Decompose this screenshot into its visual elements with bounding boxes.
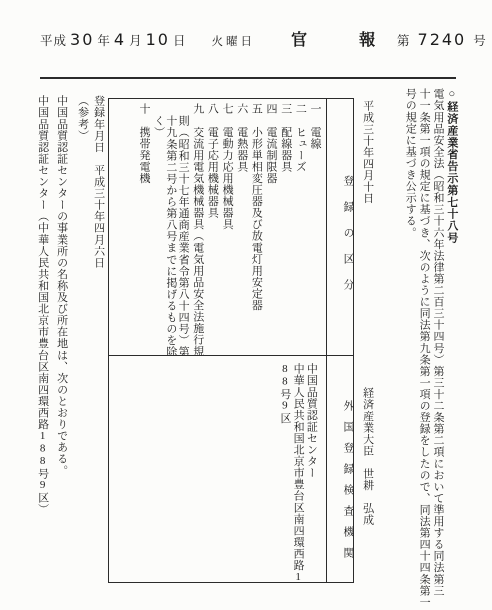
registration-table: 一 電線 二 ヒューズ 三 配線器具 四 電流制限器 五 小形単相変圧器及び放電… [108,98,354,583]
inspector-header-cell: 外国登録検査機関 [326,355,353,582]
masthead-month: 4 [114,30,126,49]
inspector-address-line-1: 中華人民共和国北京市豊台区南四環西路1 [292,363,304,582]
registration-date: 登録年月日 平成三十年四月六日 [92,95,104,268]
notice-body-line-2: 十一条第一項の規定に基づき、次のように同法第九条第一項の登録をしたので、同法第四… [417,88,429,606]
category-item-8: 八 電子応用機械器具 [206,103,218,355]
masthead-rule [40,77,456,79]
notice-preamble: ○経済産業省告示第七十八号 電気用品安全法（昭和三十六年法律第二百三十四号）第三… [401,88,459,606]
category-item-7: 七 電動力応用機械器具 [220,103,232,355]
masthead: 平成 30 年 4 月 10 日 火曜日 官 報 第 7240 号 [40,27,458,50]
masthead-weekday: 火曜日 [211,33,255,49]
masthead-year-label: 年 [97,31,111,49]
gazette-title-kan: 官 [291,32,307,49]
reference-label: （参考） [76,95,88,141]
masthead-month-label: 月 [129,31,143,49]
masthead-era: 平成 [40,31,67,49]
masthead-day: 10 [146,30,170,49]
category-list-cell: 一 電線 二 ヒューズ 三 配線器具 四 電流制限器 五 小形単相変圧器及び放電… [109,99,326,355]
category-item-9-cont-3: く） [152,103,164,355]
office-note-line-2: 中国品質認証センター（中華人民共和国北京市豊台区南四環西路188号9区） [36,95,48,515]
category-item-10: 十 携帯発電機 [137,103,149,355]
inspector-header-label: 外国登録検査機関 [327,400,353,568]
inspector-cell: 中国品質認証センター 中華人民共和国北京市豊台区南四環西路1 88号9区 [109,355,326,582]
masthead-year: 30 [70,30,94,49]
category-item-4: 四 電流制限器 [264,103,276,355]
notice-title: ○経済産業省告示第七十八号 [445,88,457,606]
inspector-address-line-2: 88号9区 [278,363,290,582]
category-header-label: 登録の区分 [327,175,353,305]
category-item-1: 一 電線 [308,103,320,355]
gazette-title: 官 報 [291,27,375,50]
category-header-cell: 登録の区分 [326,99,353,355]
masthead-day-label: 日 [173,31,187,49]
category-item-5: 五 小形単相変圧器及び放電灯用安定器 [250,103,262,355]
inspector-name: 中国品質認証センター [305,363,317,582]
notice-date: 平成三十年四月十日 [361,100,373,204]
issue-value: 7240 [418,30,467,49]
issue-suffix: 号 [473,34,487,48]
minister-signature: 経済産業大臣 世耕 弘成 [361,387,373,526]
notice-body-line-1: 電気用品安全法（昭和三十六年法律第二百三十四号）第三十二条第二項において準用する… [431,88,443,606]
notice-body-line-3: 号の規定に基づき公示する。 [404,88,416,606]
issue-prefix: 第 [397,34,411,48]
category-item-3: 三 配線器具 [279,103,291,355]
category-item-9-cont-1: 則（昭和三十七年通商産業省令第八十四号）第 [176,103,188,355]
issue-number: 第 7240 号 [397,30,487,50]
gazette-page: 平成 30 年 4 月 10 日 火曜日 官 報 第 7240 号 ○経済産業省… [0,0,492,610]
category-item-9: 九 交流用電気機械器具（電気用品安全法施行規 [191,103,203,355]
category-item-6: 六 電熱器具 [235,103,247,355]
office-note-line-1: 中国品質認証センターの事業所の名称及び所在地は、次のとおりである。 [55,95,67,476]
category-item-2: 二 ヒューズ [294,103,306,355]
gazette-title-pou: 報 [359,32,375,49]
category-item-9-cont-2: 十九条第二号から第八号までに掲げるものを除 [164,103,176,355]
